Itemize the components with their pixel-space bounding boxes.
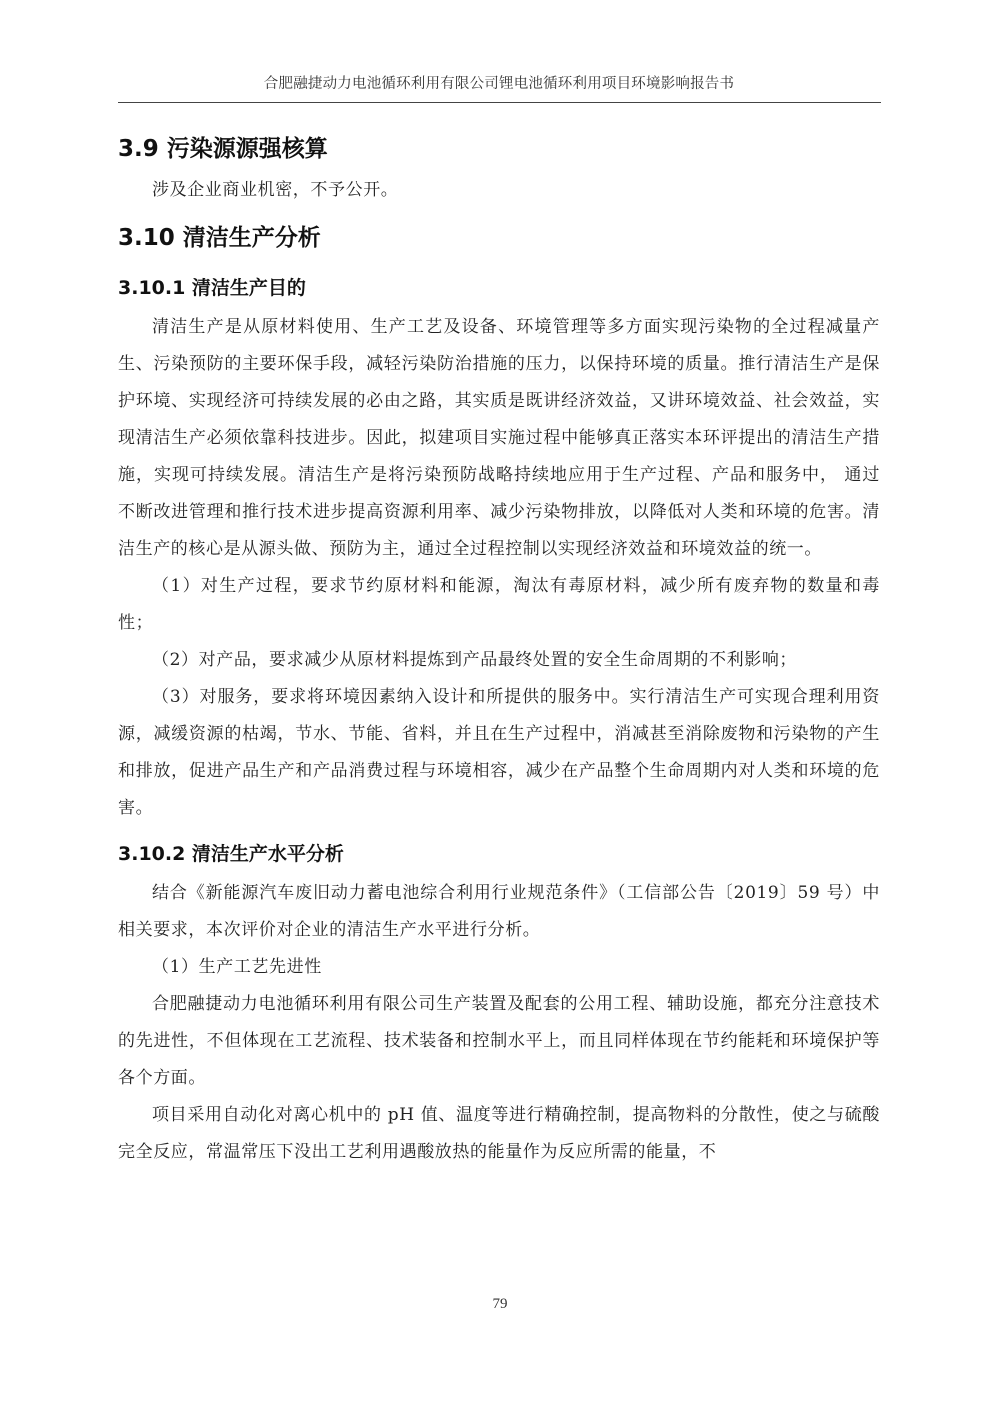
running-header: 合肥融捷动力电池循环利用有限公司锂电池循环利用项目环境影响报告书 [118,72,880,93]
section-heading-3-10-1: 3.10.1 清洁生产目的 [118,267,880,309]
paragraph-automation-control: 项目采用自动化对离心机中的 pH 值、温度等进行精确控制，提高物料的分散性，使之… [118,1097,880,1171]
paragraph-clean-production-purpose: 清洁生产是从原材料使用、生产工艺及设备、环境管理等多方面实现污染物的全过程减量产… [118,309,880,568]
section-3-9-body: 涉及企业商业机密，不予公开。 [118,172,880,209]
subheading-process-advancement: （1）生产工艺先进性 [118,949,880,986]
page-content: 3.9 污染源源强核算 涉及企业商业机密，不予公开。 3.10 清洁生产分析 3… [118,126,880,1171]
section-heading-3-10: 3.10 清洁生产分析 [118,215,880,261]
page-number: 79 [0,1296,1000,1313]
list-item-service: （3）对服务，要求将环境因素纳入设计和所提供的服务中。实行清洁生产可实现合理利用… [118,679,880,827]
list-item-production-process: （1）对生产过程，要求节约原材料和能源，淘汰有毒原材料，减少所有废弃物的数量和毒… [118,568,880,642]
header-divider [118,102,881,103]
paragraph-level-analysis-intro: 结合《新能源汽车废旧动力蓄电池综合利用行业规范条件》（工信部公告〔2019〕59… [118,875,880,949]
section-heading-3-9: 3.9 污染源源强核算 [118,126,880,172]
document-page: 合肥融捷动力电池循环利用有限公司锂电池循环利用项目环境影响报告书 3.9 污染源… [0,0,1000,1414]
section-heading-3-10-2: 3.10.2 清洁生产水平分析 [118,833,880,875]
paragraph-company-facilities: 合肥融捷动力电池循环利用有限公司生产装置及配套的公用工程、辅助设施，都充分注意技… [118,986,880,1097]
list-item-product: （2）对产品，要求减少从原材料提炼到产品最终处置的安全生命周期的不利影响； [118,642,880,679]
